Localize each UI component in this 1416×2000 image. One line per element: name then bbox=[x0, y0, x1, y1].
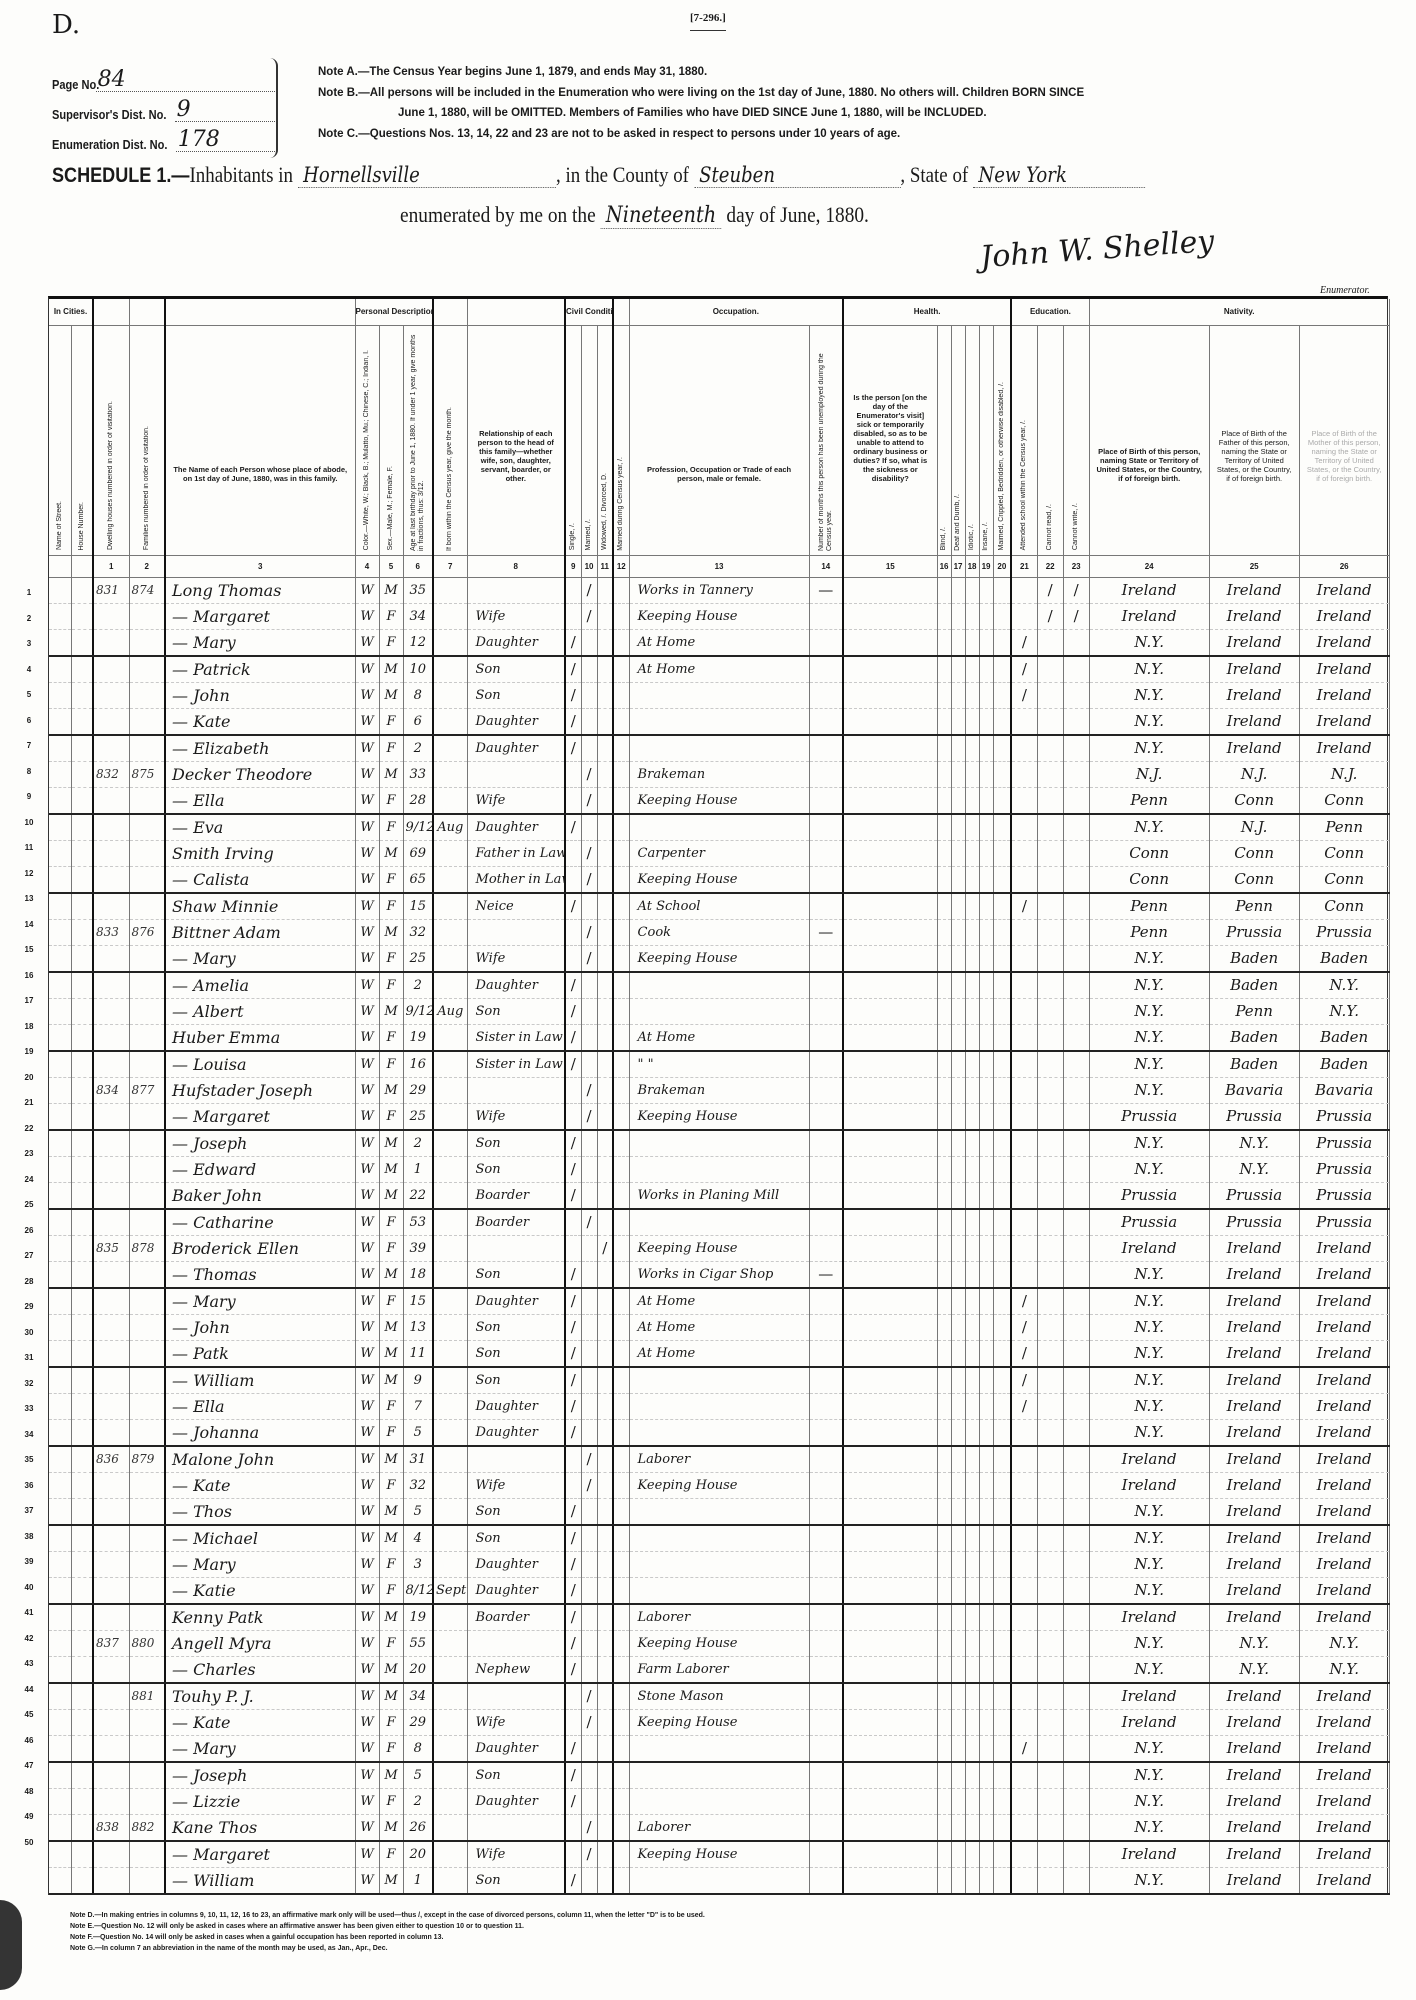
house-number-cell bbox=[71, 1867, 93, 1894]
father-birthplace: Bavaria bbox=[1209, 1077, 1299, 1103]
cannot-write bbox=[1063, 1182, 1089, 1209]
mother-birthplace: Prussia bbox=[1299, 1156, 1389, 1182]
idiotic bbox=[965, 1525, 979, 1552]
line-number: 27 bbox=[14, 1243, 44, 1269]
column-number: 23 bbox=[1063, 555, 1089, 577]
insane bbox=[979, 840, 993, 866]
insane bbox=[979, 1656, 993, 1683]
blind bbox=[937, 1367, 951, 1394]
married-mark bbox=[581, 1288, 597, 1315]
relationship: Sister in Law bbox=[467, 1024, 565, 1051]
birthplace: N.Y. bbox=[1089, 1656, 1209, 1683]
father-birthplace: Ireland bbox=[1209, 1288, 1299, 1315]
birthplace: N.Y. bbox=[1089, 1051, 1209, 1078]
mother-birthplace: Ireland bbox=[1299, 1261, 1389, 1288]
born-month bbox=[433, 577, 467, 603]
dwelling-number bbox=[93, 1867, 129, 1894]
sex: M bbox=[379, 1498, 403, 1525]
father-birthplace: N.J. bbox=[1209, 814, 1299, 841]
occupation: At School bbox=[629, 893, 809, 920]
blind bbox=[937, 1077, 951, 1103]
relationship: Daughter bbox=[467, 1788, 565, 1814]
street-cell bbox=[49, 840, 71, 866]
widowed-mark bbox=[597, 1656, 613, 1683]
col-17: Deaf and Dumb, /. bbox=[954, 494, 962, 551]
sex: M bbox=[379, 919, 403, 945]
color: W bbox=[355, 603, 379, 629]
cannot-read bbox=[1037, 866, 1063, 893]
single-mark bbox=[565, 787, 581, 814]
cannot-write bbox=[1063, 1261, 1089, 1288]
idiotic bbox=[965, 1419, 979, 1446]
street-cell bbox=[49, 1130, 71, 1157]
page-number-value: 84 bbox=[96, 69, 277, 92]
idiotic bbox=[965, 1182, 979, 1209]
person-name: — Mary bbox=[165, 1551, 355, 1577]
born-month bbox=[433, 656, 467, 683]
deaf-dumb bbox=[951, 735, 965, 762]
idiotic bbox=[965, 629, 979, 656]
table-row: — AlbertWM9/12AugSon/N.Y.PennN.Y. bbox=[49, 998, 1389, 1024]
person-name: Kenny Patk bbox=[165, 1604, 355, 1631]
cannot-read bbox=[1037, 893, 1063, 920]
street-cell bbox=[49, 998, 71, 1024]
occupation bbox=[629, 1156, 809, 1182]
maimed bbox=[993, 682, 1011, 708]
born-month bbox=[433, 682, 467, 708]
single-mark: / bbox=[565, 1630, 581, 1656]
line-number: 33 bbox=[14, 1396, 44, 1422]
insane bbox=[979, 1762, 993, 1789]
cannot-read: / bbox=[1037, 577, 1063, 603]
attended-school bbox=[1011, 603, 1037, 629]
attended-school bbox=[1011, 866, 1037, 893]
table-row: — EllaWF28Wife/Keeping HousePennConnConn bbox=[49, 787, 1389, 814]
single-mark bbox=[565, 1683, 581, 1710]
born-month bbox=[433, 1525, 467, 1552]
born-month bbox=[433, 840, 467, 866]
street-cell bbox=[49, 1446, 71, 1473]
sickness bbox=[843, 629, 937, 656]
occupation bbox=[629, 1788, 809, 1814]
married-mark: / bbox=[581, 577, 597, 603]
sickness bbox=[843, 1314, 937, 1340]
single-mark: / bbox=[565, 1393, 581, 1419]
age: 25 bbox=[403, 1103, 433, 1130]
deaf-dumb bbox=[951, 1261, 965, 1288]
house-number-cell bbox=[71, 1024, 93, 1051]
married-census-year bbox=[613, 629, 629, 656]
birthplace: N.Y. bbox=[1089, 1525, 1209, 1552]
sickness bbox=[843, 1472, 937, 1498]
dwelling-number bbox=[93, 1841, 129, 1868]
birthplace: N.Y. bbox=[1089, 1340, 1209, 1367]
sex: F bbox=[379, 1209, 403, 1236]
sex: M bbox=[379, 1340, 403, 1367]
street-cell bbox=[49, 1762, 71, 1789]
maimed bbox=[993, 708, 1011, 735]
married-census-year bbox=[613, 1314, 629, 1340]
house-number-cell bbox=[71, 761, 93, 787]
married-mark: / bbox=[581, 919, 597, 945]
sickness bbox=[843, 735, 937, 762]
street-cell bbox=[49, 1367, 71, 1394]
married-census-year bbox=[613, 1393, 629, 1419]
sex: F bbox=[379, 1551, 403, 1577]
single-mark bbox=[565, 1235, 581, 1261]
person-name: — Margaret bbox=[165, 603, 355, 629]
occupation: At Home bbox=[629, 1314, 809, 1340]
father-birthplace: Baden bbox=[1209, 972, 1299, 999]
sickness bbox=[843, 919, 937, 945]
cannot-write bbox=[1063, 945, 1089, 972]
table-row: — CharlesWM20Nephew/Farm LaborerN.Y.N.Y.… bbox=[49, 1656, 1389, 1683]
brace-divider bbox=[268, 58, 278, 158]
age: 13 bbox=[403, 1314, 433, 1340]
blind bbox=[937, 893, 951, 920]
months-unemployed: — bbox=[809, 577, 843, 603]
sickness bbox=[843, 866, 937, 893]
color: W bbox=[355, 1103, 379, 1130]
street-cell bbox=[49, 735, 71, 762]
age: 5 bbox=[403, 1498, 433, 1525]
mother-birthplace: Conn bbox=[1299, 840, 1389, 866]
family-number bbox=[129, 708, 165, 735]
family-number bbox=[129, 1182, 165, 1209]
maimed bbox=[993, 945, 1011, 972]
born-month bbox=[433, 787, 467, 814]
deaf-dumb bbox=[951, 1182, 965, 1209]
idiotic bbox=[965, 814, 979, 841]
mother-birthplace: Ireland bbox=[1299, 1525, 1389, 1552]
place-value: Hornellsville bbox=[298, 163, 556, 188]
mother-birthplace: Bavaria bbox=[1299, 1077, 1389, 1103]
house-number-cell bbox=[71, 1051, 93, 1078]
deaf-dumb bbox=[951, 1788, 965, 1814]
married-mark bbox=[581, 1577, 597, 1604]
family-number bbox=[129, 1867, 165, 1894]
family-number bbox=[129, 1788, 165, 1814]
relationship: Wife bbox=[467, 603, 565, 629]
table-row: — WilliamWM9Son//N.Y.IrelandIreland bbox=[49, 1367, 1389, 1394]
maimed bbox=[993, 1656, 1011, 1683]
widowed-mark bbox=[597, 1314, 613, 1340]
family-number bbox=[129, 735, 165, 762]
family-number bbox=[129, 1340, 165, 1367]
enumerated-prefix: enumerated by me on the bbox=[400, 202, 596, 228]
birthplace: N.Y. bbox=[1089, 1762, 1209, 1789]
idiotic bbox=[965, 1103, 979, 1130]
table-row: 836879Malone JohnWM31/LaborerIrelandIrel… bbox=[49, 1446, 1389, 1473]
idiotic bbox=[965, 1709, 979, 1735]
person-name: — Kate bbox=[165, 1472, 355, 1498]
married-census-year bbox=[613, 1551, 629, 1577]
sex: M bbox=[379, 1683, 403, 1710]
months-unemployed bbox=[809, 1814, 843, 1841]
blind bbox=[937, 1288, 951, 1315]
single-mark: / bbox=[565, 1419, 581, 1446]
occupation: Brakeman bbox=[629, 761, 809, 787]
months-unemployed bbox=[809, 1077, 843, 1103]
deaf-dumb bbox=[951, 1630, 965, 1656]
born-month bbox=[433, 1393, 467, 1419]
maimed bbox=[993, 1841, 1011, 1868]
widowed-mark bbox=[597, 893, 613, 920]
married-census-year bbox=[613, 1683, 629, 1710]
blind bbox=[937, 629, 951, 656]
maimed bbox=[993, 840, 1011, 866]
sickness bbox=[843, 1867, 937, 1894]
cannot-write bbox=[1063, 1867, 1089, 1894]
house-number-cell bbox=[71, 1472, 93, 1498]
family-number bbox=[129, 1051, 165, 1078]
idiotic bbox=[965, 1630, 979, 1656]
blind bbox=[937, 1130, 951, 1157]
idiotic bbox=[965, 1024, 979, 1051]
census-sheet: In Cities. Personal Description. Civil C… bbox=[48, 296, 1388, 1895]
married-census-year bbox=[613, 1103, 629, 1130]
occupation bbox=[629, 972, 809, 999]
dwelling-number bbox=[93, 945, 129, 972]
sickness bbox=[843, 1814, 937, 1841]
idiotic bbox=[965, 1235, 979, 1261]
table-row: — KateWF32Wife/Keeping HouseIrelandIrela… bbox=[49, 1472, 1389, 1498]
family-number bbox=[129, 1735, 165, 1762]
insane bbox=[979, 1709, 993, 1735]
color: W bbox=[355, 998, 379, 1024]
blind bbox=[937, 1525, 951, 1552]
table-row: Shaw MinnieWF15Neice/At School/PennPennC… bbox=[49, 893, 1389, 920]
age: 8/12 bbox=[403, 1577, 433, 1604]
sickness bbox=[843, 656, 937, 683]
married-census-year bbox=[613, 1077, 629, 1103]
relationship: Son bbox=[467, 1525, 565, 1552]
line-number: 15 bbox=[14, 937, 44, 963]
married-census-year bbox=[613, 1709, 629, 1735]
single-mark: / bbox=[565, 1604, 581, 1631]
age: 35 bbox=[403, 577, 433, 603]
cannot-write bbox=[1063, 1735, 1089, 1762]
deaf-dumb bbox=[951, 1735, 965, 1762]
line-number: 45 bbox=[14, 1702, 44, 1728]
street-cell bbox=[49, 1051, 71, 1078]
dwelling-number bbox=[93, 603, 129, 629]
person-name: — Elizabeth bbox=[165, 735, 355, 762]
married-mark bbox=[581, 1630, 597, 1656]
deaf-dumb bbox=[951, 1209, 965, 1236]
column-number: 14 bbox=[809, 555, 843, 577]
father-birthplace: Ireland bbox=[1209, 1393, 1299, 1419]
mother-birthplace: Ireland bbox=[1299, 1446, 1389, 1473]
occupation: Stone Mason bbox=[629, 1683, 809, 1710]
house-number-cell bbox=[71, 708, 93, 735]
family-number bbox=[129, 866, 165, 893]
family-number: 880 bbox=[129, 1630, 165, 1656]
married-mark bbox=[581, 972, 597, 999]
house-number-cell bbox=[71, 1103, 93, 1130]
birthplace: N.Y. bbox=[1089, 1314, 1209, 1340]
cannot-read bbox=[1037, 1683, 1063, 1710]
age: 2 bbox=[403, 1130, 433, 1157]
attended-school: / bbox=[1011, 1314, 1037, 1340]
cannot-write bbox=[1063, 656, 1089, 683]
column-number: 18 bbox=[965, 555, 979, 577]
maimed bbox=[993, 998, 1011, 1024]
occupation bbox=[629, 1577, 809, 1604]
occupation: Works in Planing Mill bbox=[629, 1182, 809, 1209]
dwelling-number bbox=[93, 1735, 129, 1762]
idiotic bbox=[965, 1340, 979, 1367]
street-cell bbox=[49, 1683, 71, 1710]
insane bbox=[979, 656, 993, 683]
dwelling-number: 835 bbox=[93, 1235, 129, 1261]
line-number: 16 bbox=[14, 963, 44, 989]
months-unemployed bbox=[809, 1235, 843, 1261]
street-cell bbox=[49, 1209, 71, 1236]
single-mark: / bbox=[565, 629, 581, 656]
married-census-year bbox=[613, 1630, 629, 1656]
line-number: 43 bbox=[14, 1651, 44, 1677]
attended-school bbox=[1011, 1024, 1037, 1051]
birthplace: Ireland bbox=[1089, 1235, 1209, 1261]
person-name: — Ella bbox=[165, 787, 355, 814]
family-number bbox=[129, 1209, 165, 1236]
father-birthplace: Prussia bbox=[1209, 1182, 1299, 1209]
color: W bbox=[355, 1656, 379, 1683]
line-number: 2 bbox=[14, 606, 44, 632]
house-number-cell bbox=[71, 1577, 93, 1604]
attended-school: / bbox=[1011, 1340, 1037, 1367]
idiotic bbox=[965, 761, 979, 787]
color: W bbox=[355, 1261, 379, 1288]
single-mark: / bbox=[565, 1525, 581, 1552]
married-mark: / bbox=[581, 1709, 597, 1735]
cannot-read bbox=[1037, 1498, 1063, 1525]
born-month bbox=[433, 893, 467, 920]
attended-school bbox=[1011, 735, 1037, 762]
widowed-mark bbox=[597, 1156, 613, 1182]
street-cell bbox=[49, 656, 71, 683]
family-number bbox=[129, 1604, 165, 1631]
house-number-cell bbox=[71, 1709, 93, 1735]
sickness bbox=[843, 1735, 937, 1762]
months-unemployed bbox=[809, 1735, 843, 1762]
maimed bbox=[993, 866, 1011, 893]
single-mark: / bbox=[565, 1182, 581, 1209]
color: W bbox=[355, 1604, 379, 1631]
mother-birthplace: N.J. bbox=[1299, 761, 1389, 787]
father-birthplace: Ireland bbox=[1209, 1261, 1299, 1288]
dwelling-number bbox=[93, 972, 129, 999]
married-census-year bbox=[613, 1762, 629, 1789]
column-number: 1 bbox=[93, 555, 129, 577]
note-c: Note C.—Questions Nos. 13, 14, 22 and 23… bbox=[318, 124, 1338, 145]
relationship: Daughter bbox=[467, 1288, 565, 1315]
person-name: Baker John bbox=[165, 1182, 355, 1209]
months-unemployed bbox=[809, 1525, 843, 1552]
father-birthplace: Ireland bbox=[1209, 603, 1299, 629]
house-number-cell bbox=[71, 1762, 93, 1789]
mother-birthplace: Ireland bbox=[1299, 1788, 1389, 1814]
person-name: — Margaret bbox=[165, 1841, 355, 1868]
maimed bbox=[993, 1235, 1011, 1261]
married-census-year bbox=[613, 656, 629, 683]
age: 65 bbox=[403, 866, 433, 893]
color: W bbox=[355, 629, 379, 656]
attended-school bbox=[1011, 998, 1037, 1024]
mother-birthplace: Ireland bbox=[1299, 1735, 1389, 1762]
married-census-year bbox=[613, 998, 629, 1024]
maimed bbox=[993, 787, 1011, 814]
color: W bbox=[355, 656, 379, 683]
line-number: 17 bbox=[14, 988, 44, 1014]
age: 19 bbox=[403, 1024, 433, 1051]
street-cell bbox=[49, 866, 71, 893]
line-number: 40 bbox=[14, 1575, 44, 1601]
married-census-year bbox=[613, 1156, 629, 1182]
line-number: 49 bbox=[14, 1804, 44, 1830]
insane bbox=[979, 761, 993, 787]
father-birthplace: Baden bbox=[1209, 1051, 1299, 1078]
occupation: Keeping House bbox=[629, 1709, 809, 1735]
table-row: — JosephWM5Son/N.Y.IrelandIreland bbox=[49, 1762, 1389, 1789]
sex: M bbox=[379, 1604, 403, 1631]
idiotic bbox=[965, 682, 979, 708]
color: W bbox=[355, 1367, 379, 1394]
married-census-year bbox=[613, 1209, 629, 1236]
sex: M bbox=[379, 1525, 403, 1552]
father-birthplace: Ireland bbox=[1209, 1577, 1299, 1604]
color: W bbox=[355, 1419, 379, 1446]
months-unemployed bbox=[809, 735, 843, 762]
line-numbers: 1234567891011121314151617181920212223242… bbox=[14, 580, 44, 1855]
relationship: Wife bbox=[467, 945, 565, 972]
dwelling-number bbox=[93, 1156, 129, 1182]
mother-birthplace: Ireland bbox=[1299, 1709, 1389, 1735]
months-unemployed bbox=[809, 945, 843, 972]
color: W bbox=[355, 1841, 379, 1868]
age: 8 bbox=[403, 1735, 433, 1762]
single-mark bbox=[565, 1814, 581, 1841]
father-birthplace: Ireland bbox=[1209, 1498, 1299, 1525]
married-census-year bbox=[613, 1367, 629, 1394]
dwelling-number bbox=[93, 1525, 129, 1552]
street-cell bbox=[49, 1235, 71, 1261]
birthplace: N.Y. bbox=[1089, 1551, 1209, 1577]
deaf-dumb bbox=[951, 1841, 965, 1868]
table-row: Huber EmmaWF19Sister in Law/At HomeN.Y.B… bbox=[49, 1024, 1389, 1051]
family-number bbox=[129, 893, 165, 920]
age: 20 bbox=[403, 1841, 433, 1868]
color: W bbox=[355, 972, 379, 999]
page-number-label: Page No. bbox=[52, 77, 99, 92]
col-street: Name of Street. bbox=[56, 501, 64, 550]
birthplace: N.Y. bbox=[1089, 1788, 1209, 1814]
occupation: At Home bbox=[629, 1288, 809, 1315]
dwelling-number bbox=[93, 1393, 129, 1419]
deaf-dumb bbox=[951, 1156, 965, 1182]
column-number: 8 bbox=[467, 555, 565, 577]
table-row: — MaryWF12Daughter/At Home/N.Y.IrelandIr… bbox=[49, 629, 1389, 656]
family-number bbox=[129, 1156, 165, 1182]
widowed-mark bbox=[597, 1551, 613, 1577]
person-name: — Eva bbox=[165, 814, 355, 841]
page-number-row: Page No. 84 bbox=[52, 62, 277, 92]
blind bbox=[937, 1498, 951, 1525]
married-census-year bbox=[613, 1498, 629, 1525]
father-birthplace: Ireland bbox=[1209, 1314, 1299, 1340]
occupation bbox=[629, 998, 809, 1024]
